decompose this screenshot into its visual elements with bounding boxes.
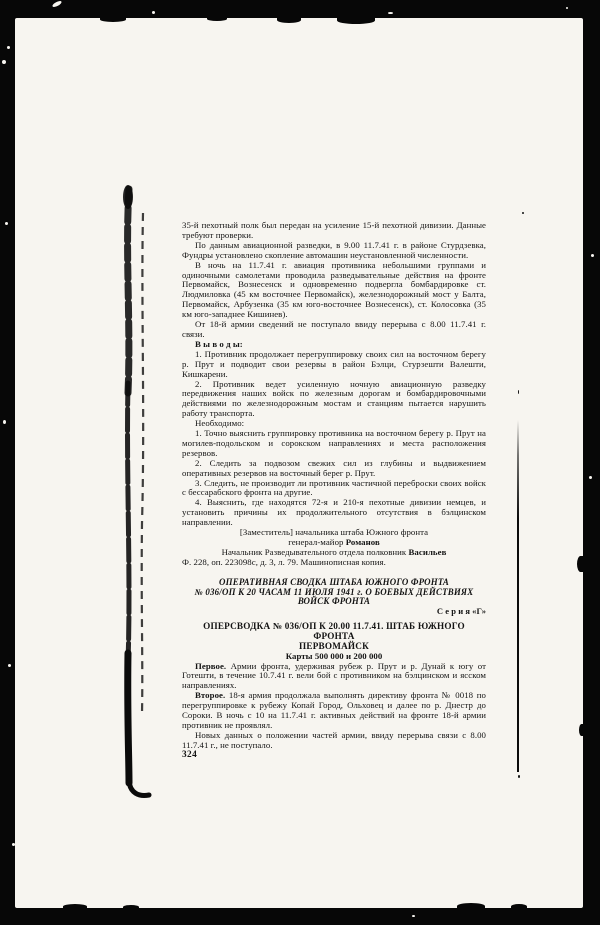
- conclusion-item-2: 2. Противник ведет усиленную ночную авиа…: [182, 380, 486, 420]
- necessary-item-1: 1. Точно выяснить группировку противника…: [182, 429, 486, 459]
- scan-speck-artifact: [591, 254, 594, 257]
- scan-edge-artifact: [579, 724, 584, 736]
- scan-speck-artifact: [52, 0, 63, 8]
- report-title: ОПЕРАТИВНАЯ СВОДКА ШТАБА ЮЖНОГО ФРОНТА №…: [182, 578, 486, 607]
- ink-dot-artifact: [518, 775, 520, 778]
- scan-speck-artifact: [12, 843, 15, 846]
- conclusion-item-1: 1. Противник продолжает перегруппировку …: [182, 350, 486, 380]
- scan-edge-artifact: [511, 904, 527, 909]
- paragraph-vtoroe-text: 18-я армия продолжала выполнять директив…: [182, 690, 486, 730]
- signature-intel-rank: Начальник Разведывательного отдела полко…: [222, 547, 409, 557]
- paragraph-pervoe-text: Армии фронта, удерживая рубеж р. Прут и …: [182, 661, 486, 691]
- page-number: 324: [182, 751, 486, 761]
- scan-edge-artifact: [100, 17, 126, 22]
- necessary-item-3: 3. Следить, не производит ли противник ч…: [182, 479, 486, 499]
- opersvodka-header-line-1: ОПЕРСВОДКА № 036/ОП К 20.00 11.7.41. ШТА…: [182, 621, 486, 641]
- paragraph-final: Новых данных о положении частей армии, в…: [182, 731, 486, 751]
- scan-edge-artifact: [577, 556, 584, 572]
- scan-speck-artifact: [388, 12, 393, 14]
- book-page: 35-й пехотный полк был передан на усилен…: [15, 18, 583, 908]
- scan-speck-artifact: [152, 11, 155, 14]
- scan-canvas: 35-й пехотный полк был передан на усилен…: [0, 0, 600, 925]
- paragraph-pervoe: Первое. Армии фронта, удерживая рубеж р.…: [182, 662, 486, 692]
- necessary-item-2: 2. Следить за подвозом свежих сил из глу…: [182, 459, 486, 479]
- scan-edge-artifact: [457, 903, 485, 909]
- ink-dot-artifact: [522, 212, 524, 214]
- paragraph-pervoe-lead: Первое.: [195, 661, 226, 671]
- scan-speck-artifact: [7, 46, 10, 49]
- scan-edge-artifact: [63, 904, 87, 909]
- signature-name-romanov: Романов: [346, 537, 380, 547]
- scan-speck-artifact: [8, 664, 11, 667]
- scan-edge-artifact: [207, 17, 227, 21]
- paragraph-vtoroe-lead: Второе.: [195, 690, 225, 700]
- scan-edge-artifact: [123, 905, 139, 909]
- scan-edge-artifact: [277, 17, 301, 23]
- scan-speck-artifact: [2, 60, 6, 64]
- necessary-item-4: 4. Выяснить, где находятся 72-я и 210-я …: [182, 498, 486, 528]
- paragraph-air-recon: По данным авиационной разведки, в 9.00 1…: [182, 241, 486, 261]
- opersvodka-header: ОПЕРСВОДКА № 036/ОП К 20.00 11.7.41. ШТА…: [182, 621, 486, 652]
- paragraph-regiment-transfer: 35-й пехотный полк был передан на усилен…: [182, 221, 486, 241]
- signature-name-vasilev: Васильев: [409, 547, 447, 557]
- paragraph-18th-army-no-info: От 18-й армии сведений не поступало ввид…: [182, 320, 486, 340]
- page-content: 35-й пехотный полк был передан на усилен…: [182, 221, 486, 761]
- seriya-label: С е р и я «Г»: [182, 607, 486, 617]
- ink-dot-artifact: [518, 390, 519, 394]
- scan-speck-artifact: [412, 915, 415, 917]
- signature-rank: генерал-майор: [288, 537, 346, 547]
- paragraph-vtoroe: Второе. 18-я армия продолжала выполнять …: [182, 691, 486, 731]
- scan-speck-artifact: [5, 222, 8, 225]
- ink-smudge-artifact: [107, 183, 162, 808]
- ink-line-artifact: [517, 420, 519, 772]
- paragraph-night-aviation: В ночь на 11.7.41 г. авиация противника …: [182, 261, 486, 320]
- scan-edge-artifact: [337, 17, 375, 24]
- scan-speck-artifact: [3, 420, 6, 424]
- scan-speck-artifact: [589, 476, 592, 479]
- archive-reference: Ф. 228, оп. 223098с, д. 3, л. 79. Машино…: [182, 558, 486, 568]
- scan-speck-artifact: [566, 7, 568, 9]
